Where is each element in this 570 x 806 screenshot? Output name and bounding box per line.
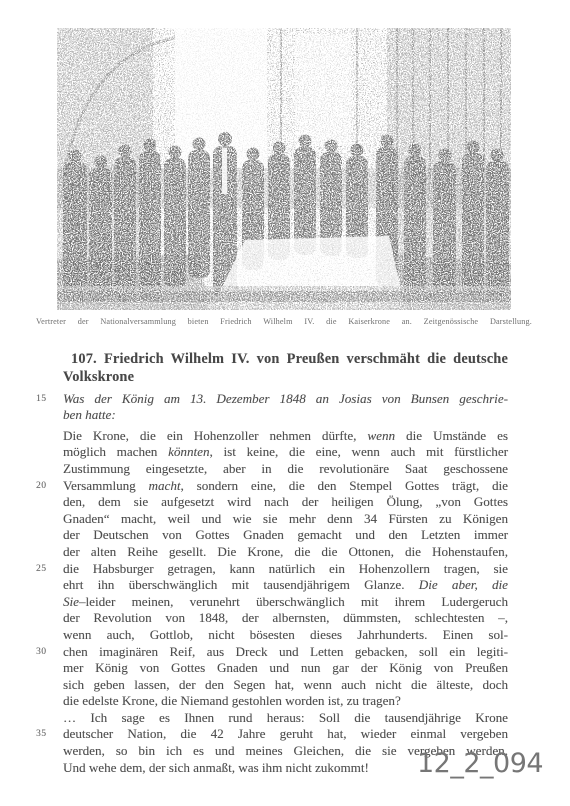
text-run: Volkskrone [63,369,134,385]
margin-line-number: 35 [36,728,56,740]
text-run: chen imaginären Reif, aus Dreck und Lett… [63,644,508,659]
text-run: … Ich sage es Ihnen rund heraus: Soll di… [63,710,508,725]
text-run: ehrt ihn überschwänglich mit tausendjähr… [63,577,419,592]
text-run: die Habsburger getragen, kann natürlich … [63,561,508,576]
text-run: der Deutschen von Gottes Gnaden gemacht … [63,527,508,542]
text-run: –leider meinen, verunehrt überschwänglic… [79,594,508,609]
text-run: macht [149,478,181,493]
text-run: die Umstände es [395,428,508,443]
text-line: 107. Friedrich Wilhelm IV. von Preußen v… [63,351,508,369]
text-run: die edelste Krone, die Niemand gestohlen… [63,693,401,708]
text-run: Die aber, die [419,577,508,592]
text-line: 20Versammlung macht, sondern eine, die d… [63,478,508,495]
text-run: Zustimmung eingesetzte, aber in die revo… [63,461,508,476]
text-line: der Revolution von 1848, der albernsten,… [63,610,508,627]
text-run: könnten [168,444,209,459]
text-line: der alten Reihe gesellt. Die Krone, die … [63,544,508,561]
text-line: Gnaden“ macht, weil und wie sie mehr den… [63,511,508,528]
source-text-block: 107. Friedrich Wilhelm IV. von Preußen v… [63,351,508,776]
illustration-caption: Vertreter der Nationalversammlung bieten… [36,317,532,327]
text-line: 30chen imaginären Reif, aus Dreck und Le… [63,644,508,661]
text-run: Sie [63,594,79,609]
text-run: mer König von Gottes Gnaden und nun gar … [63,660,508,675]
text-line: … Ich sage es Ihnen rund heraus: Soll di… [63,710,508,727]
text-line: Die Krone, die ein Hohenzoller nehmen dü… [63,428,508,445]
engraving-illustration [57,28,511,310]
text-line: ben hatte: [63,407,508,424]
engraving-halftone-svg [57,28,511,310]
text-line: Sie–leider meinen, verunehrt überschwäng… [63,594,508,611]
text-run: wenn auch, Gottlob, nicht bösesten diese… [63,627,508,642]
text-line: 35deutscher Nation, die 42 Jahre geruht … [63,726,508,743]
text-run: deutscher Nation, die 42 Jahre geruht ha… [63,726,508,741]
margin-line-number: 15 [36,393,56,405]
text-line: die edelste Krone, die Niemand gestohlen… [63,693,508,710]
text-line: Volkskrone [63,369,508,387]
text-line: 25die Habsburger getragen, kann natürlic… [63,561,508,578]
text-run: ben hatte: [63,407,116,422]
text-run: Die Krone, die ein Hohenzoller nehmen dü… [63,428,367,443]
text-line: möglich machen könnten, ist keine, die e… [63,444,508,461]
text-run: Versammlung [63,478,149,493]
text-line: den, dem sie aufgesetzt wird nach der he… [63,494,508,511]
text-run: sich geben lassen, der den Segen hat, we… [63,677,508,692]
section-heading: 107. Friedrich Wilhelm IV. von Preußen v… [63,351,508,387]
scanned-book-page: Vertreter der Nationalversammlung bieten… [0,0,570,806]
text-line: mer König von Gottes Gnaden und nun gar … [63,660,508,677]
text-line: wenn auch, Gottlob, nicht bösesten diese… [63,627,508,644]
margin-line-number: 30 [36,646,56,658]
text-run: der alten Reihe gesellt. Die Krone, die … [63,544,508,559]
text-line: 15Was der König am 13. Dezember 1848 an … [63,391,508,408]
text-run: , sondern eine, die den Stempel Gottes t… [181,478,508,493]
text-run: Gnaden“ macht, weil und wie sie mehr den… [63,511,508,526]
text-line: sich geben lassen, der den Segen hat, we… [63,677,508,694]
text-run: wenn [367,428,395,443]
text-run: , ist keine, die eine, wenn auch mit für… [210,444,508,459]
text-line: ehrt ihn überschwänglich mit tausendjähr… [63,577,508,594]
text-run: Was der König am 13. Dezember 1848 an Jo… [63,391,508,406]
text-run: Und wehe dem, der sich anmaßt, was ihm n… [63,760,369,775]
body-text: 15Was der König am 13. Dezember 1848 an … [63,391,508,777]
text-run: 107. Friedrich Wilhelm IV. von Preußen v… [71,351,508,367]
margin-line-number: 20 [36,480,56,492]
text-run: den, dem sie aufgesetzt wird nach der he… [63,494,508,509]
text-line: der Deutschen von Gottes Gnaden gemacht … [63,527,508,544]
text-line: Zustimmung eingesetzte, aber in die revo… [63,461,508,478]
text-run: der Revolution von 1848, der albernsten,… [63,610,508,625]
text-run: möglich machen [63,444,168,459]
margin-line-number: 25 [36,563,56,575]
archive-label: 12_2_094 [417,748,543,780]
